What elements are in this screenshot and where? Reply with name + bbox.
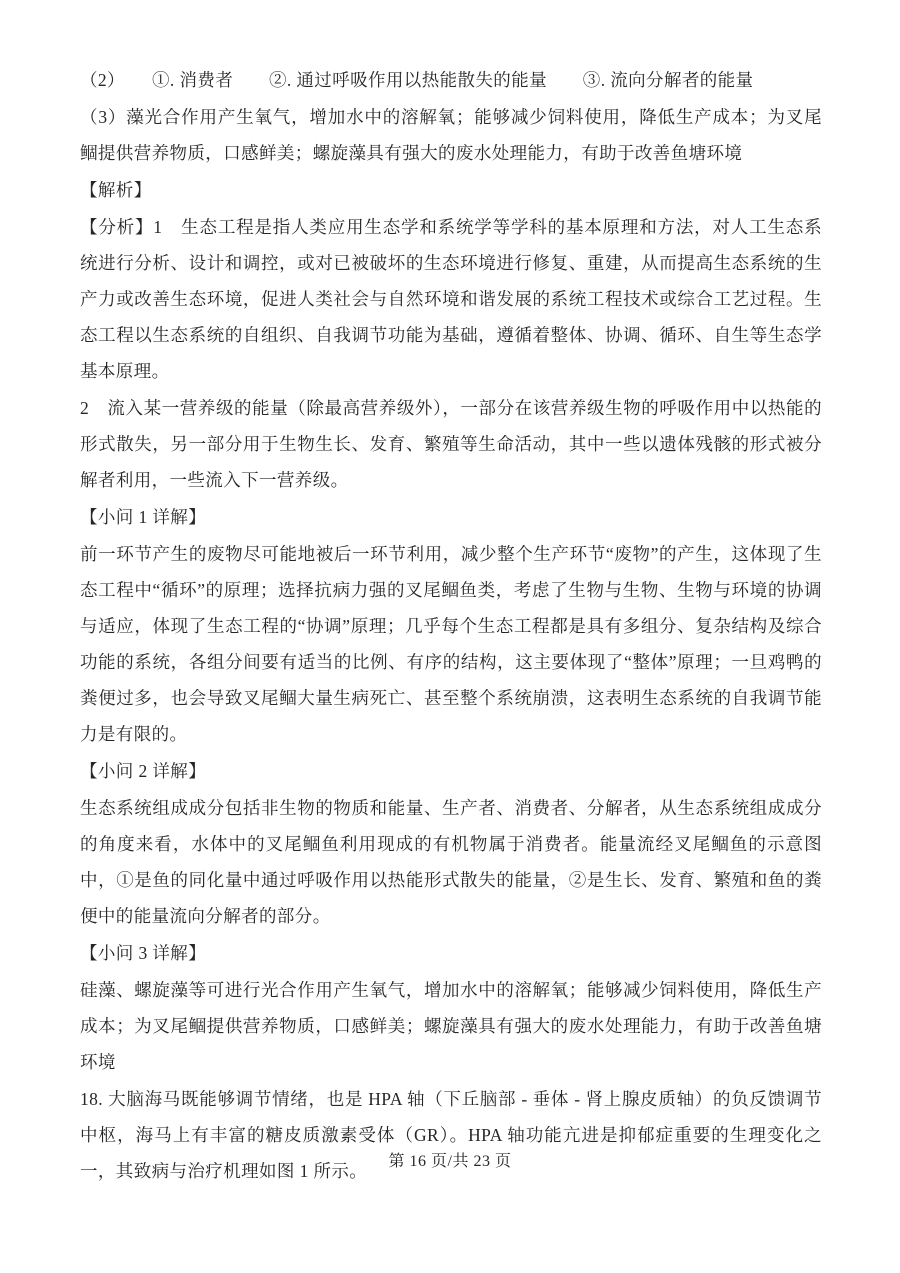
- analysis-paragraph-2: 2 流入某一营养级的能量（除最高营养级外），一部分在该营养级生物的呼吸作用中以热…: [80, 390, 822, 498]
- section-heading-subq1: 【小问 1 详解】: [80, 499, 822, 535]
- detail-paragraph-2: 生态系统组成成分包括非生物的物质和能量、生产者、消费者、分解者，从生态系统组成成…: [80, 790, 822, 934]
- section-heading-jiexi: 【解析】: [80, 172, 822, 208]
- detail-paragraph-1: 前一环节产生的废物尽可能地被后一环节利用，减少整个生产环节“废物”的产生，这体现…: [80, 536, 822, 752]
- section-heading-subq3: 【小问 3 详解】: [80, 935, 822, 971]
- question-18-stem: 18. 大脑海马既能够调节情绪，也是 HPA 轴（下丘脑部 - 垂体 - 肾上腺…: [80, 1081, 822, 1189]
- document-body: （2） ①. 消费者 ②. 通过呼吸作用以热能散失的能量 ③. 流向分解者的能量…: [80, 62, 822, 1189]
- page: { "paragraphs": [ { "id": "answer-part2"…: [0, 0, 900, 1273]
- section-heading-subq2: 【小问 2 详解】: [80, 753, 822, 789]
- detail-paragraph-3: 硅藻、螺旋藻等可进行光合作用产生氧气，增加水中的溶解氧；能够减少饲料使用，降低生…: [80, 972, 822, 1080]
- analysis-paragraph-1: 【分析】1 生态工程是指人类应用生态学和系统学等学科的基本原理和方法，对人工生态…: [80, 209, 822, 389]
- answer-line-part3: （3）藻光合作用产生氧气，增加水中的溶解氧；能够减少饲料使用，降低生产成本；为叉…: [80, 99, 822, 171]
- page-number-footer: 第 16 页/共 23 页: [0, 1148, 900, 1171]
- answer-line-part2: （2） ①. 消费者 ②. 通过呼吸作用以热能散失的能量 ③. 流向分解者的能量: [80, 62, 822, 98]
